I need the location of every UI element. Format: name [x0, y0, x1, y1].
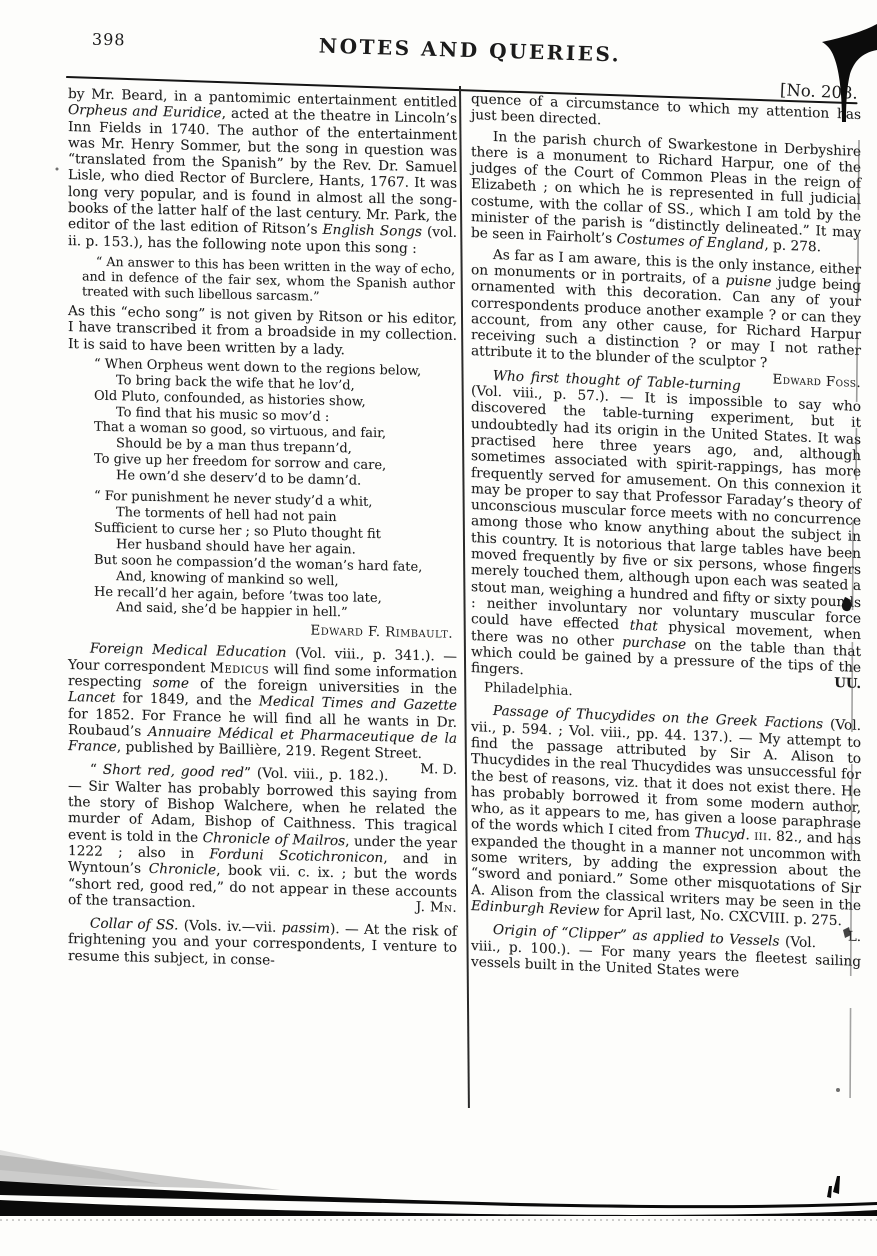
paragraph: In the parish church of Swarkestone in D… — [471, 128, 861, 258]
text-segment: judge being ornamented with this decorat… — [471, 274, 861, 371]
paragraph: Foreign Medical Education (Vol. viii., p… — [68, 640, 457, 763]
paragraph: Origin of “Clipper” as applied to Vessel… — [471, 921, 861, 986]
text-segment: (Vols. iv.—vii. — [178, 918, 281, 936]
signature: L. — [816, 928, 861, 946]
text-segment: , acted at the theatre in Lincoln’s Inn … — [68, 106, 457, 238]
column-left: by Mr. Beard, in a pantomimic entertainm… — [68, 86, 457, 977]
text-segment: Thucyd. — [694, 826, 749, 844]
text-segment: (Vol. viii., p. 57.). — It is impossible… — [471, 383, 861, 634]
text-segment: In the parish church of Swarkestone in D… — [471, 128, 861, 247]
text-segment: As this “echo song” is not given by Rits… — [68, 303, 457, 358]
column-right: quence of a circumstance to which my att… — [471, 91, 861, 990]
text-segment: “ — [90, 762, 103, 778]
column-divider-rule — [459, 86, 470, 1108]
quoted-note: “ An answer to this has been written in … — [82, 253, 455, 306]
page-number: 398 — [92, 30, 126, 49]
issue-number: [No. 208. — [780, 80, 859, 103]
signature: M. D. — [388, 762, 457, 780]
paragraph: Passage of Thucydides on the Greek Facti… — [471, 702, 861, 930]
text-segment: puisne — [726, 272, 772, 290]
column-right-content: quence of a circumstance to which my att… — [471, 91, 861, 986]
paragraph: Who first thought of Table-turning (Vol.… — [471, 367, 861, 693]
text-segment: iii — [754, 828, 767, 845]
text-segment: Chronicle — [149, 861, 216, 879]
text-segment: that — [630, 618, 658, 635]
text-segment: passim — [282, 920, 330, 937]
signature: J. Mn. — [384, 899, 457, 917]
text-segment: English Songs — [323, 222, 422, 240]
text-segment: (Vol. vii., p. 594. ; Vol. viii., pp. 44… — [471, 717, 861, 842]
verse-block: “ When Orpheus went down to the regions … — [94, 356, 457, 624]
paragraph: “ Short red, good red” (Vol. viii., p. 1… — [68, 761, 457, 916]
paragraph: As this “echo song” is not given by Rits… — [68, 303, 457, 361]
paragraph: Collar of SS. (Vols. iv.—vii. passim). —… — [68, 915, 457, 973]
paragraph: by Mr. Beard, in a pantomimic entertainm… — [68, 86, 457, 258]
text-segment: “ An answer to this has been written in … — [82, 254, 455, 304]
publication-title: NOTES AND QUERIES. — [270, 32, 671, 68]
scanned-page: 398 NOTES AND QUERIES. [No. 208. by Mr. … — [0, 0, 877, 1256]
text-segment: Lancet — [68, 689, 115, 706]
signature: UU. — [802, 674, 861, 693]
text-segment: Medicus — [210, 660, 269, 677]
text-segment: , p. 278. — [764, 237, 821, 255]
text-segment: some — [153, 675, 189, 692]
paragraph: As far as I am aware, this is the only i… — [471, 246, 861, 376]
column-left-content: by Mr. Beard, in a pantomimic entertainm… — [68, 86, 457, 973]
text-segment: Collar of SS. — [90, 916, 178, 934]
